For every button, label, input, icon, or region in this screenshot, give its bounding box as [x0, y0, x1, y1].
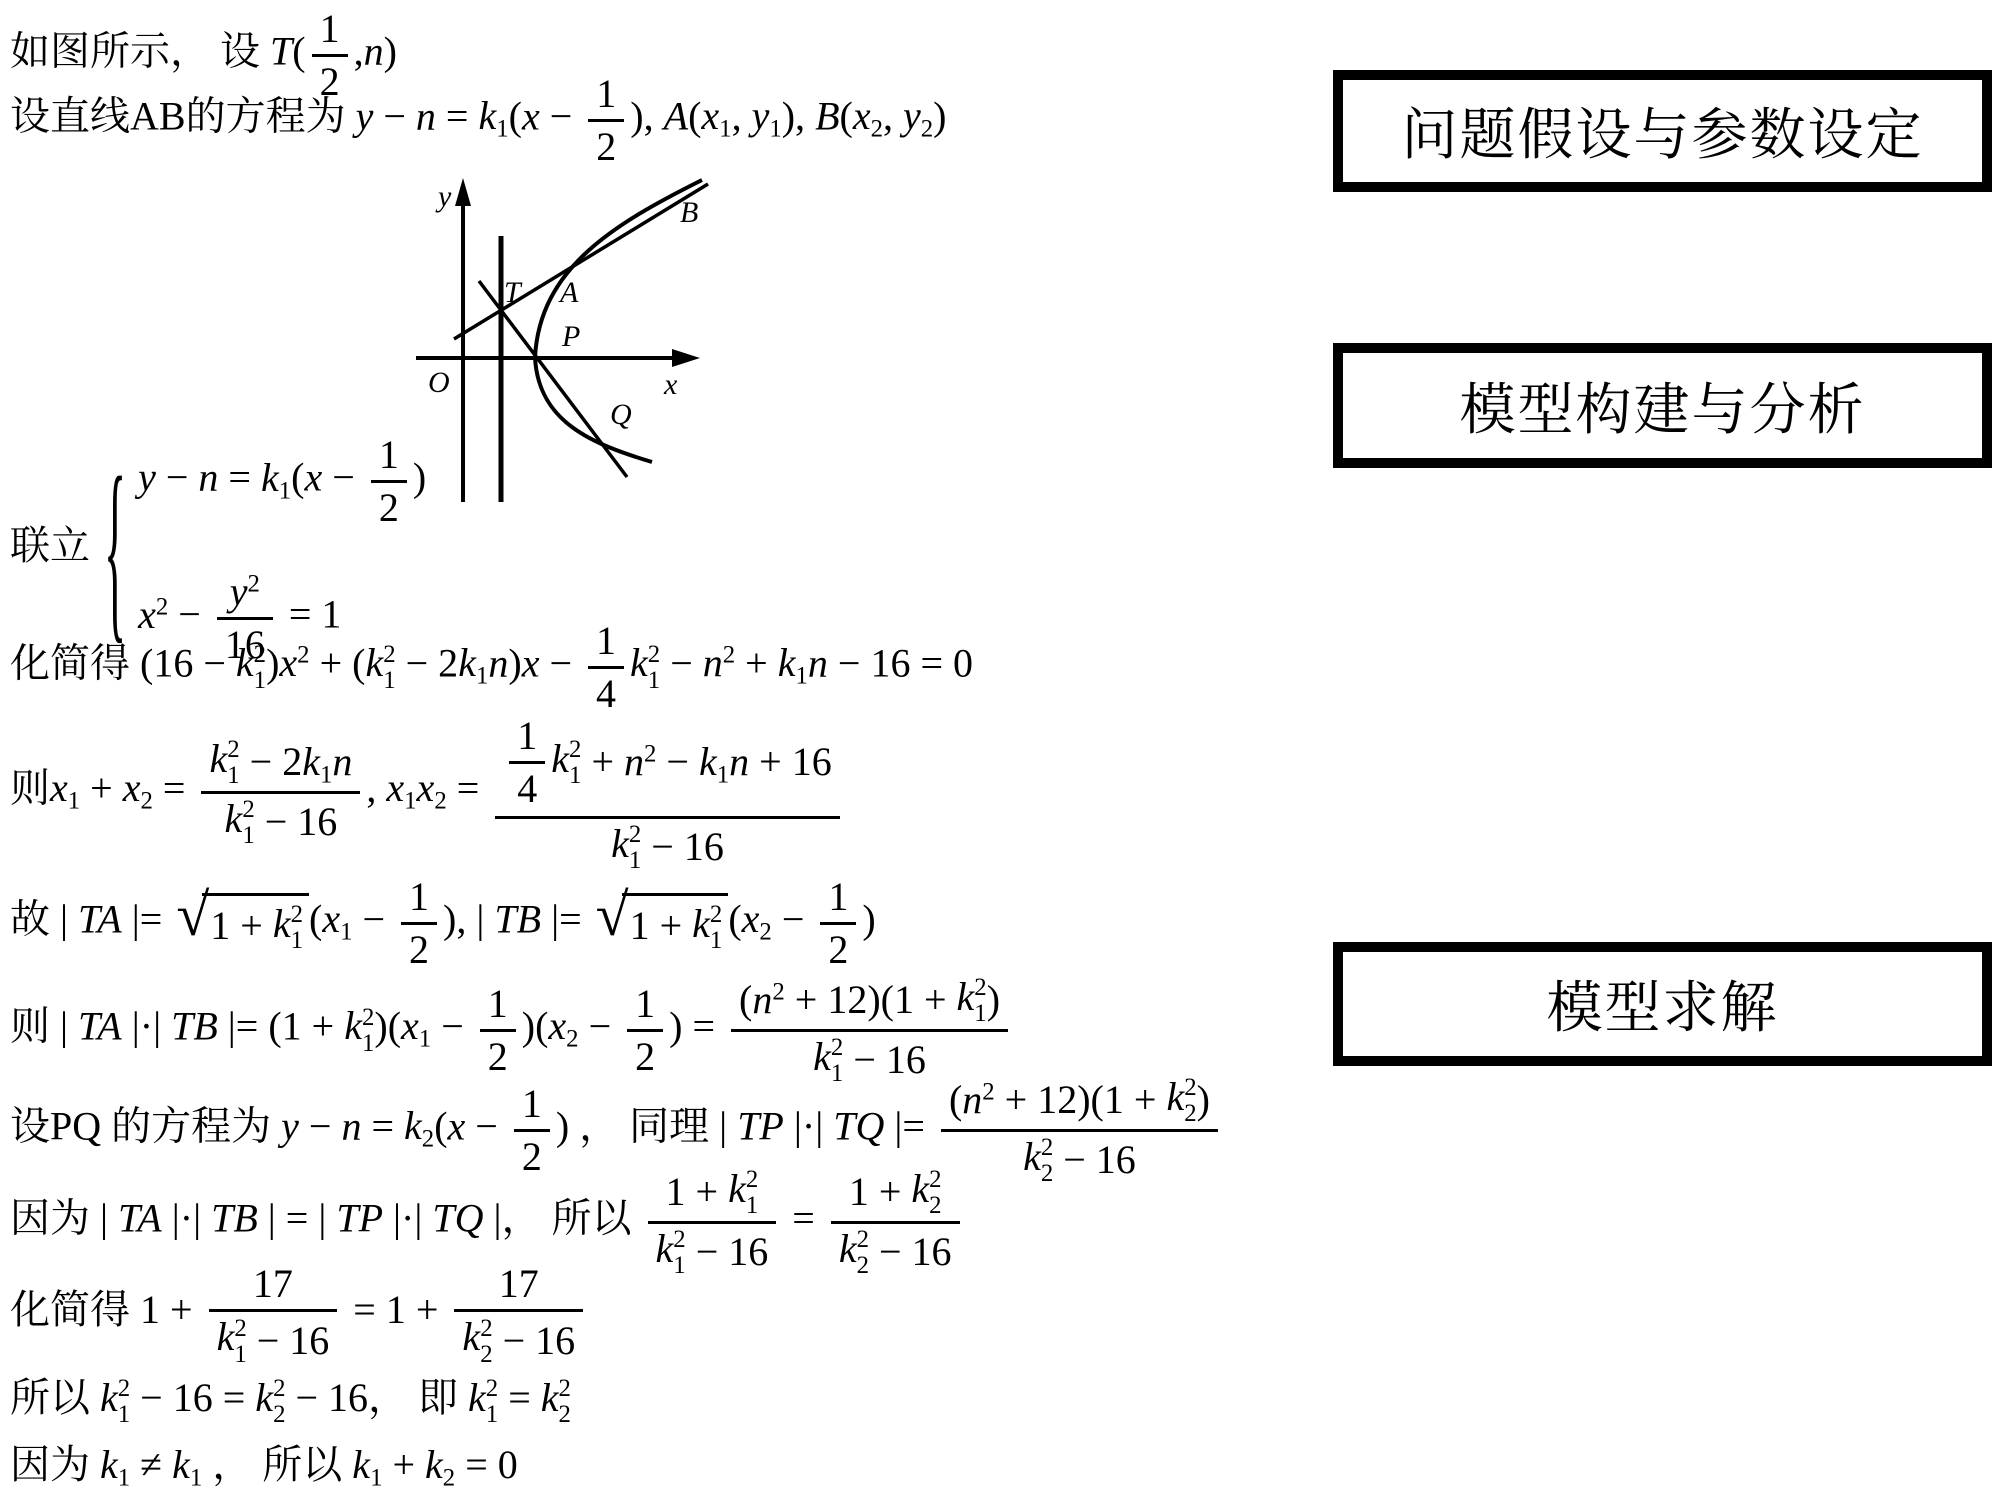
annotation-box-problem-setup: 问题假设与参数设定 [1333, 70, 1992, 192]
fraction: 12 [820, 872, 856, 975]
fraction: 14k21 + n2 − k1n + 16k21 − 16 [495, 709, 839, 876]
sqrt-radical: √1 + k21 [176, 893, 309, 954]
fraction: 1 + k22k22 − 16 [831, 1164, 960, 1281]
fraction: 14 [509, 711, 545, 814]
annotation-box-model-solving: 模型求解 [1333, 942, 1992, 1066]
label-y-axis: y [435, 180, 452, 213]
fraction: 17k21 − 16 [209, 1259, 338, 1369]
annotation-box-problem-setup-label: 问题假设与参数设定 [1402, 91, 1924, 171]
x-axis-arrow-icon [672, 349, 700, 367]
line-AB [454, 184, 708, 339]
label-B: B [680, 196, 698, 229]
label-A: A [558, 276, 579, 309]
diagram-svg: y x O T A B P Q [368, 160, 780, 508]
hyperbola-diagram: y x O T A B P Q [368, 160, 780, 508]
sqrt-radical: √1 + k21 [596, 893, 729, 954]
fraction: 17k22 − 16 [454, 1259, 583, 1369]
fraction: 12 [627, 979, 663, 1082]
fraction: k21 − 2k1nk21 − 16 [201, 734, 360, 851]
formula-line-5: 则x1 + x2 = k21 − 2k1nk21 − 16, x1x2 = 14… [10, 700, 846, 884]
formula-line-6: 故 | TA |= √1 + k21(x1 − 12), | TB |= √1 … [10, 870, 876, 976]
fraction: 1 + k21k21 − 16 [648, 1164, 777, 1281]
fraction: 12 [480, 979, 516, 1082]
page-root: 如图所示， 设 T(12,n)设直线AB的方程为 y − n = k1(x − … [0, 0, 2000, 1505]
annotation-box-model-solving-label: 模型求解 [1547, 964, 1779, 1044]
label-T: T [504, 276, 523, 309]
label-Q: Q [610, 398, 632, 431]
label-x-axis: x [663, 368, 678, 401]
formula-line-7: 则 | TA |·| TB |= (1 + k21)(x1 − 12)(x2 −… [10, 973, 1014, 1087]
fraction: 12 [588, 69, 624, 172]
annotation-box-model-building-label: 模型构建与分析 [1460, 366, 1866, 446]
label-origin: O [428, 366, 450, 399]
y-axis-arrow-icon [455, 178, 471, 206]
formula-line-10: 化简得 1 + 17k21 − 16 = 1 + 17k22 − 16 [10, 1258, 589, 1370]
formula-line-12: 因为 k1 ≠ k1 ， 所以 k1 + k2 = 0 [10, 1428, 518, 1502]
annotation-box-model-building: 模型构建与分析 [1333, 343, 1992, 468]
fraction: 12 [401, 872, 437, 975]
label-P: P [561, 320, 580, 353]
formula-line-11: 所以 k21 − 16 = k22 − 16， 即 k21 = k22 [10, 1362, 571, 1438]
fraction: (n2 + 12)(1 + k22)k22 − 16 [941, 1072, 1218, 1189]
